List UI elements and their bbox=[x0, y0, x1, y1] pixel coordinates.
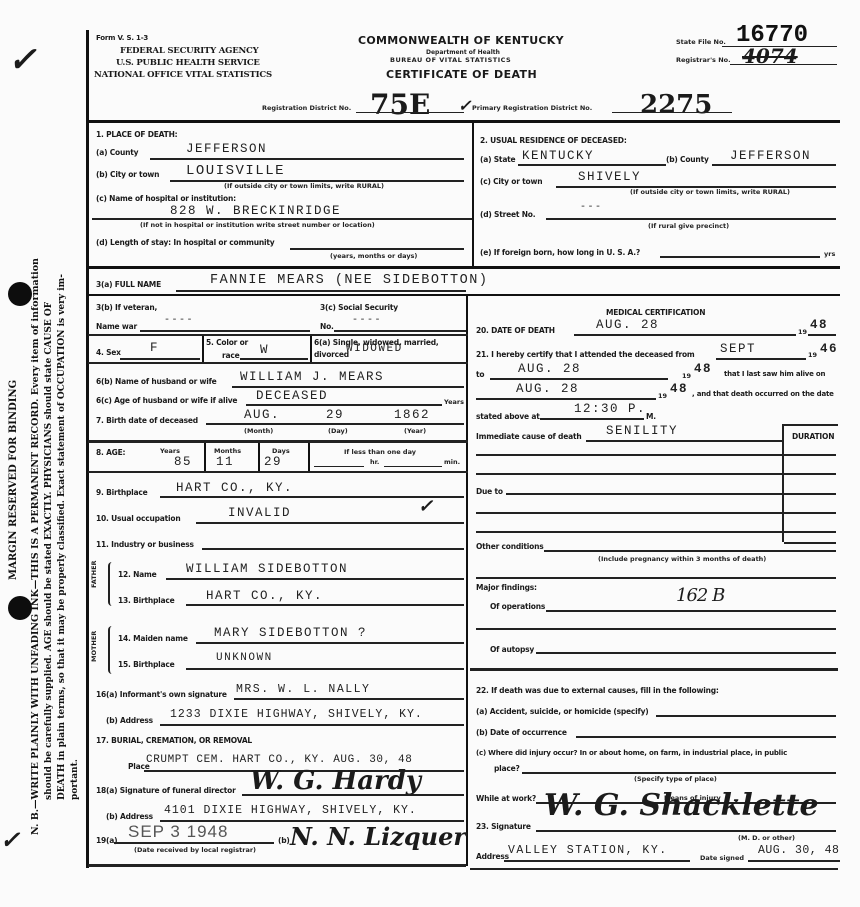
sex-value: F bbox=[150, 341, 159, 355]
local-registrar-signature: N. N. Lizquer bbox=[290, 822, 466, 851]
father-name: WILLIAM SIDEBOTTON bbox=[186, 562, 348, 576]
department: Department of Health bbox=[426, 49, 500, 56]
informant-address: 1233 DIXIE HIGHWAY, SHIVELY, KY. bbox=[170, 708, 423, 721]
check-mark-bottom: ✓ bbox=[0, 825, 20, 854]
funeral-director-signature: W. G. Hardy bbox=[250, 766, 421, 796]
attended-from: SEPT bbox=[720, 342, 756, 356]
burial-place: CRUMPT CEM. HART CO., KY. AUG. 30, 48 bbox=[146, 754, 412, 766]
bureau: BUREAU OF VITAL STATISTICS bbox=[390, 56, 511, 64]
attended-to-year: 48 bbox=[694, 362, 712, 376]
veteran-war: ---- bbox=[164, 315, 194, 326]
classification-code-note: 162 B bbox=[676, 585, 724, 606]
physician-address: VALLEY STATION, KY. bbox=[508, 844, 668, 857]
date-signed: AUG. 30, 48 bbox=[758, 844, 839, 857]
death-year: 48 bbox=[810, 318, 828, 332]
binding-hole-top bbox=[8, 282, 32, 306]
certificate-title: CERTIFICATE OF DEATH bbox=[386, 68, 537, 81]
primary-district-label: Primary Registration District No. bbox=[472, 104, 592, 112]
birthplace: HART CO., KY. bbox=[176, 481, 293, 495]
birth-day: 29 bbox=[326, 408, 344, 422]
father-tag: FATHER bbox=[90, 560, 98, 588]
spouse-name: WILLIAM J. MEARS bbox=[240, 370, 384, 384]
mother-tag: MOTHER bbox=[90, 631, 98, 662]
social-security-no: ---- bbox=[352, 315, 382, 326]
reg-district-number: 75E bbox=[370, 88, 430, 121]
registrar-no-label: Registrar's No. bbox=[676, 56, 731, 64]
margin-instruction-3: DEATH in plain terms, so that it may be … bbox=[57, 274, 67, 800]
birth-year: 1862 bbox=[394, 408, 430, 422]
primary-district-number: 2275 bbox=[640, 90, 712, 120]
duration-box bbox=[782, 424, 838, 542]
attended-from-year: 46 bbox=[820, 342, 838, 356]
mother-birthplace: UNKNOWN bbox=[216, 652, 273, 664]
medical-heading: MEDICAL CERTIFICATION bbox=[606, 308, 705, 317]
usual-occupation: INVALID bbox=[228, 506, 291, 520]
binding-note: MARGIN RESERVED FOR BINDING bbox=[8, 380, 19, 580]
age-days: 29 bbox=[264, 455, 282, 469]
check-mark: ✓ bbox=[8, 40, 37, 80]
time-of-death: 12:30 P. bbox=[574, 402, 646, 416]
margin-instruction-4: portant. bbox=[70, 759, 80, 800]
last-seen-year: 48 bbox=[670, 382, 688, 396]
deceased-full-name: FANNIE MEARS (NEE SIDEBOTTON) bbox=[210, 273, 488, 288]
spouse-age: DECEASED bbox=[256, 389, 328, 403]
mother-maiden-name: MARY SIDEBOTTON ? bbox=[214, 626, 367, 640]
form-number: Form V. S. 1-3 bbox=[96, 34, 148, 42]
father-birthplace: HART CO., KY. bbox=[206, 589, 323, 603]
residence-state: KENTUCKY bbox=[522, 149, 594, 163]
last-seen-alive: AUG. 28 bbox=[516, 382, 579, 396]
attended-to: AUG. 28 bbox=[518, 362, 581, 376]
death-hospital: 828 W. BRECKINRIDGE bbox=[170, 204, 341, 218]
death-city: LOUISVILLE bbox=[186, 163, 285, 179]
funeral-director-address: 4101 DIXIE HIGHWAY, SHIVELY, KY. bbox=[164, 804, 417, 817]
race-value: W bbox=[260, 343, 269, 357]
binding-hole-bottom bbox=[8, 596, 32, 620]
occupation-check: ✓ bbox=[418, 496, 433, 517]
residence-county: JEFFERSON bbox=[730, 149, 811, 163]
death-county: JEFFERSON bbox=[186, 142, 267, 156]
informant-signature: MRS. W. L. NALLY bbox=[236, 683, 370, 696]
residence-city: SHIVELY bbox=[578, 170, 641, 184]
marital-status: WIDOWED bbox=[346, 343, 403, 355]
margin-instruction-2: should be carefully supplied. AGE should… bbox=[44, 302, 54, 800]
age-years: 85 bbox=[174, 455, 192, 469]
place-heading: 1. PLACE OF DEATH: bbox=[96, 130, 177, 139]
residence-street: --- bbox=[580, 202, 603, 213]
date-of-death: AUG. 28 bbox=[596, 318, 659, 332]
state-name: COMMONWEALTH OF KENTUCKY bbox=[358, 34, 564, 47]
age-months: 11 bbox=[216, 455, 234, 469]
immediate-cause: SENILITY bbox=[606, 424, 678, 438]
physician-signature: W. G. Shacklette bbox=[544, 788, 819, 823]
reg-district-label: Registration District No. bbox=[262, 104, 351, 112]
office: NATIONAL OFFICE VITAL STATISTICS bbox=[94, 70, 272, 80]
margin-instruction-1: N. B.—WRITE PLAINLY WITH UNFADING INK—TH… bbox=[30, 258, 41, 835]
district-check: ✓ bbox=[458, 96, 471, 115]
service: U.S. PUBLIC HEALTH SERVICE bbox=[116, 58, 260, 68]
date-received-stamp: SEP 3 1948 bbox=[128, 822, 228, 842]
birth-month: AUG. bbox=[244, 408, 280, 422]
agency: FEDERAL SECURITY AGENCY bbox=[120, 46, 258, 56]
state-file-label: State File No. bbox=[676, 38, 726, 46]
